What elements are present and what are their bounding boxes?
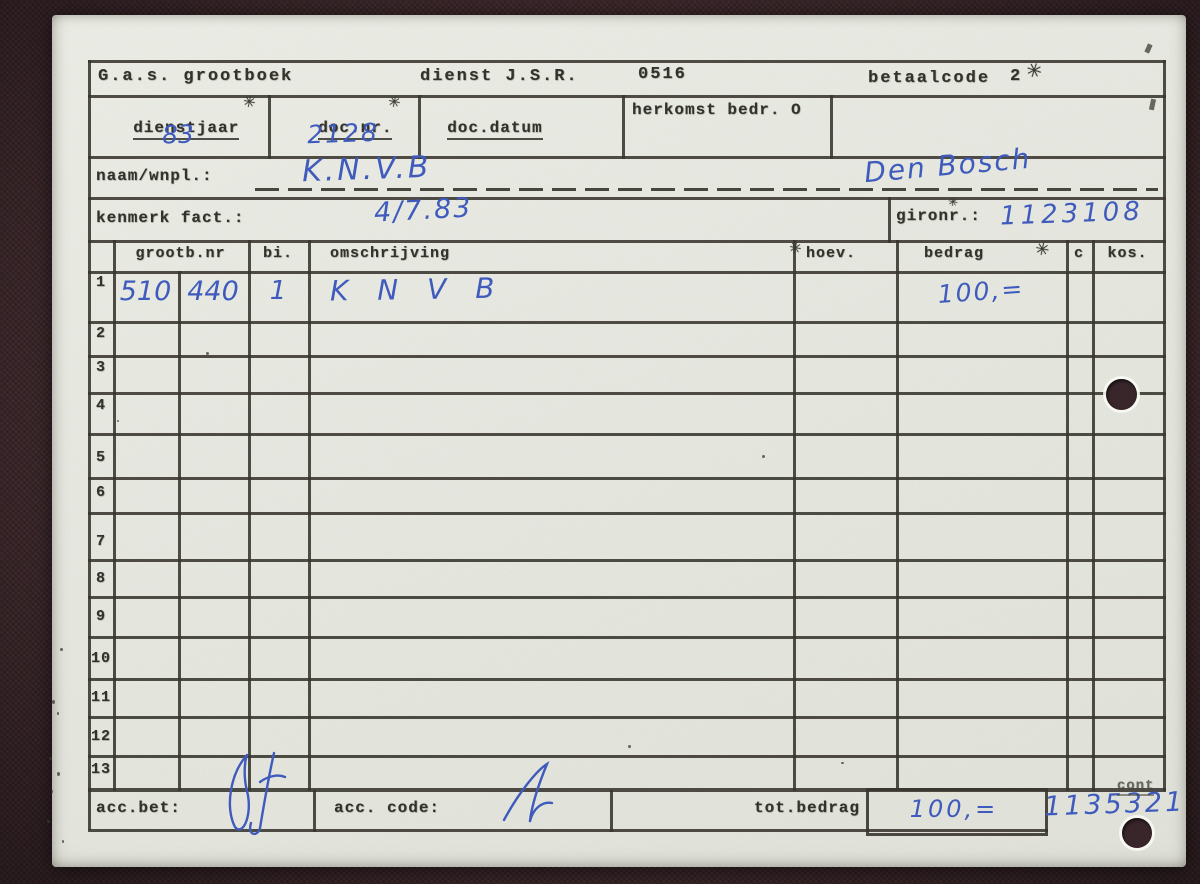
grid-line — [88, 636, 1166, 639]
grid-line — [52, 700, 55, 704]
dienst-code: 0516 — [638, 65, 687, 84]
row-number-5: 5 — [90, 449, 112, 466]
acc-code-label: acc. code: — [334, 799, 440, 817]
punch-hole-right — [1106, 379, 1137, 410]
naam-wnpl-label: naam/wnpl.: — [96, 167, 213, 185]
tot-bedrag-value: 100,= — [866, 795, 1042, 823]
grid-line — [888, 197, 891, 243]
grid-line — [60, 648, 63, 651]
grid-line — [57, 772, 60, 776]
grid-line — [628, 745, 631, 748]
grid-line — [88, 477, 1166, 480]
grid-line — [88, 433, 1166, 436]
col-header-omschrijving: omschrijving — [330, 245, 450, 262]
grid-line — [47, 820, 50, 823]
row-number-1: 1 — [90, 274, 112, 291]
entry-bi: 1 — [248, 276, 308, 306]
row-number-7: 7 — [90, 533, 112, 550]
grid-line — [841, 762, 844, 764]
row-number-11: 11 — [89, 689, 113, 706]
acc-bet-label: acc.bet: — [96, 799, 181, 817]
grid-line — [49, 757, 52, 760]
row-number-9: 9 — [90, 608, 112, 625]
entry-omschrijving: K N V B — [330, 271, 505, 307]
punch-hole-bottom — [1122, 818, 1152, 848]
row-number-13: 13 — [89, 761, 113, 778]
col-header-bedrag: bedrag — [924, 245, 984, 262]
betaalcode-value: 2 — [1010, 67, 1022, 86]
entry-grootb-nr-1: 510 — [113, 276, 178, 307]
scanned-document-page: { "glyphs": { "asterisk": "✳" }, "header… — [0, 0, 1200, 884]
form-title: G.a.s. grootboek — [98, 67, 293, 86]
grid-line — [1163, 60, 1166, 791]
grid-line — [88, 716, 1166, 719]
row-number-6: 6 — [90, 484, 112, 501]
betaalcode-label: betaalcode — [868, 69, 990, 88]
grid-line — [57, 712, 59, 715]
tot-bedrag-label: tot.bedrag — [700, 799, 860, 817]
grid-line — [88, 392, 1166, 395]
naam-wnpl-value: K.N.V.B — [301, 150, 432, 189]
dienst-label: dienst J.S.R. — [420, 67, 579, 86]
grid-line — [88, 321, 1166, 324]
grid-line — [88, 678, 1166, 681]
grid-line — [178, 271, 181, 791]
col-header-hoev: hoev. — [806, 245, 856, 262]
entry-grootb-nr-2: 440 — [178, 276, 248, 307]
col-header-c: c — [1066, 245, 1092, 262]
grid-line — [88, 60, 1166, 63]
grid-line — [88, 60, 91, 830]
grid-line — [622, 95, 625, 159]
row-number-4: 4 — [90, 397, 112, 414]
grid-line — [117, 420, 119, 422]
grid-line — [830, 95, 833, 159]
grid-line — [88, 596, 1166, 599]
cont-label: cont — [1098, 762, 1154, 794]
grid-line — [313, 790, 316, 832]
col-header-grootb-nr: grootb.nr — [113, 245, 248, 262]
col-header-kos: kos. — [1092, 245, 1163, 262]
naam-dashed-line — [255, 188, 1158, 191]
kenmerk-fact-label: kenmerk fact.: — [96, 209, 244, 227]
col-header-bi: bi. — [248, 245, 308, 262]
row-number-2: 2 — [90, 325, 112, 342]
grid-line — [610, 790, 613, 832]
grid-line — [62, 840, 64, 843]
row-number-3: 3 — [90, 359, 112, 376]
row-number-10: 10 — [89, 650, 113, 667]
doc-nr-value: 2128 — [268, 116, 419, 150]
grid-line — [88, 355, 1166, 358]
kenmerk-fact-value: 4/7.83 — [373, 192, 473, 228]
grid-line — [762, 455, 765, 458]
grid-line — [88, 512, 1166, 515]
gironr-label: gironr.: — [896, 207, 981, 225]
grid-line — [88, 755, 1166, 758]
row-number-12: 12 — [89, 728, 113, 745]
gironr-value: 1123108 — [1000, 196, 1145, 231]
doc-datum-label: doc.datum — [426, 101, 543, 137]
grid-line — [88, 559, 1166, 562]
grid-line — [88, 197, 1166, 200]
grid-line — [206, 352, 209, 355]
herkomst-label: herkomst bedr. O — [632, 101, 802, 119]
grid-line — [51, 790, 53, 793]
row-number-8: 8 — [90, 570, 112, 587]
